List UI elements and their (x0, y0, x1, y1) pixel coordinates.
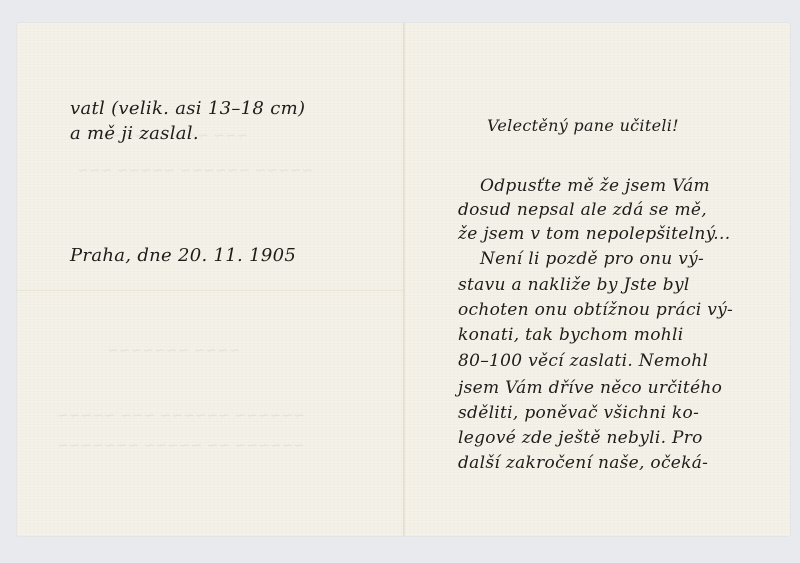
right-page: Velectěný pane učiteli! Odpusťte mě že j… (405, 23, 790, 536)
letter-sheet: ~~~ ~~~~ ~~~~~~ ~~~~~ ~~~~~~ ~~~~~ ~~~ ~… (17, 23, 790, 536)
handwritten-line: a mě ji zaslal. (70, 123, 199, 144)
handwritten-line: sděliti, poněvač všichni ko- (458, 403, 699, 423)
place-date: Praha, dne 20. 11. 1905 (70, 245, 296, 266)
handwritten-line: konati, tak bychom mohli (458, 325, 683, 345)
handwritten-line: stavu a nakliže by Jste byl (458, 275, 690, 295)
handwritten-line: jsem Vám dříve něco určitého (458, 378, 722, 398)
handwritten-line: Není li pozdě pro onu vý- (480, 249, 704, 269)
handwritten-line: ochoten onu obtížnou práci vý- (458, 300, 733, 320)
handwritten-line: Odpusťte mě že jsem Vám (480, 176, 710, 196)
handwritten-line: vatl (velik. asi 13–18 cm) (70, 98, 305, 119)
handwritten-line: dosud nepsal ale zdá se mě, (458, 200, 707, 220)
handwritten-line: další zakročení naše, očeká- (458, 453, 708, 473)
left-page: ~~~ ~~~~ ~~~~~~ ~~~~~ ~~~~~~ ~~~~~ ~~~ ~… (17, 23, 403, 536)
handwritten-line: legové zde ještě nebyli. Pro (458, 428, 703, 448)
bleed-through-text: ~~~~~~ ~~ ~~~~~ ~~~~~~~ (57, 438, 305, 454)
bleed-through-text: ~~~~ ~~~~~~~ (107, 343, 241, 359)
bleed-through-text: ~~~~~ ~~~~~~ ~~~~~ ~~~ (77, 163, 313, 179)
bleed-through-text: ~~~~~~ ~~~~~~ ~~~ ~~~~~ (57, 408, 305, 424)
handwritten-line: že jsem v tom nepolepšitelný... (458, 224, 730, 244)
salutation: Velectěný pane učiteli! (487, 116, 679, 135)
handwritten-line: 80–100 věcí zaslati. Nemohl (458, 351, 708, 371)
